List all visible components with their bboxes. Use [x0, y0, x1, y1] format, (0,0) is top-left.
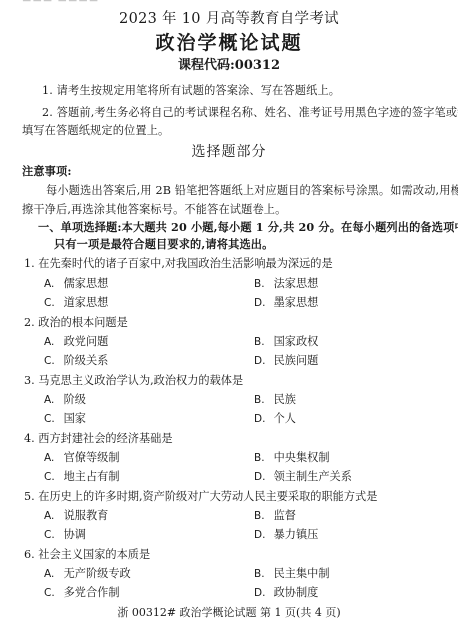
option-text: 地主占有制	[64, 470, 120, 483]
question-stem: 在先秦时代的诸子百家中,对我国政治生活影响最为深远的是	[38, 257, 332, 270]
cropped-header-text: ▬▬▬ ▬▬▬▬	[22, 0, 122, 3]
question-5-option-a: A. 说服教育	[44, 507, 108, 523]
question-4: 4. 西方封建社会的经济基础是	[24, 430, 173, 446]
option-text: 暴力镇压	[274, 528, 319, 541]
question-stem: 西方封建社会的经济基础是	[38, 432, 172, 445]
instruction-2-cont: 填写在答题纸规定的位置上。	[22, 122, 169, 138]
option-letter: B.	[254, 510, 270, 522]
question-5-option-c: C. 协调	[44, 526, 86, 542]
option-letter: B.	[254, 568, 270, 580]
question-2: 2. 政治的根本问题是	[24, 314, 128, 330]
notes-line-2: 擦干净后,再选涂其他答案标号。不能答在试题卷上。	[22, 201, 286, 217]
option-letter: C.	[44, 529, 60, 541]
option-text: 儒家思想	[64, 277, 109, 290]
option-text: 民主集中制	[274, 567, 330, 580]
question-3-option-b: B. 民族	[254, 391, 296, 407]
option-text: 政协制度	[274, 586, 319, 599]
question-number: 6.	[24, 548, 35, 561]
option-letter: D.	[254, 355, 270, 367]
option-text: 多党合作制	[64, 586, 120, 599]
question-stem: 在历史上的许多时期,资产阶级对广大劳动人民主要采取的职能方式是	[38, 490, 377, 503]
question-6-option-b: B. 民主集中制	[254, 565, 330, 581]
option-letter: A.	[44, 452, 60, 464]
instruction-1: 1. 请考生按规定用笔将所有试题的答案涂、写在答题纸上。	[42, 82, 340, 98]
question-2-option-a: A. 政党问题	[44, 333, 108, 349]
question-5-option-d: D. 暴力镇压	[254, 526, 318, 542]
option-letter: C.	[44, 297, 60, 309]
question-2-option-b: B. 国家政权	[254, 333, 318, 349]
course-code: 课程代码:00312	[0, 54, 458, 73]
option-letter: D.	[254, 587, 270, 599]
option-letter: D.	[254, 529, 270, 541]
notes-label: 注意事项:	[22, 163, 72, 179]
option-text: 说服教育	[64, 509, 109, 522]
question-6: 6. 社会主义国家的本质是	[24, 546, 150, 562]
question-number: 3.	[24, 374, 35, 387]
question-6-option-c: C. 多党合作制	[44, 584, 120, 600]
page-footer: 浙 00312# 政治学概论试题 第 1 页(共 4 页)	[0, 604, 458, 620]
question-2-option-c: C. 阶级关系	[44, 352, 108, 368]
option-letter: C.	[44, 355, 60, 367]
question-3: 3. 马克思主义政治学认为,政治权力的载体是	[24, 372, 243, 388]
option-letter: B.	[254, 394, 270, 406]
question-number: 5.	[24, 490, 35, 503]
option-text: 中央集权制	[274, 451, 330, 464]
question-number: 2.	[24, 316, 35, 329]
option-letter: A.	[44, 568, 60, 580]
question-4-option-a: A. 官僚等级制	[44, 449, 120, 465]
option-text: 官僚等级制	[64, 451, 120, 464]
question-4-option-b: B. 中央集权制	[254, 449, 330, 465]
question-1-option-b: B. 法家思想	[254, 275, 318, 291]
question-number: 1.	[24, 257, 35, 270]
option-text: 政党问题	[64, 335, 109, 348]
option-letter: A.	[44, 510, 60, 522]
option-letter: A.	[44, 336, 60, 348]
option-letter: C.	[44, 413, 60, 425]
question-1-option-c: C. 道家思想	[44, 294, 108, 310]
option-text: 监督	[274, 509, 296, 522]
question-3-option-c: C. 国家	[44, 410, 86, 426]
question-number: 4.	[24, 432, 35, 445]
paper-title: 政治学概论试题	[0, 28, 458, 55]
option-text: 阶级	[64, 393, 86, 406]
part-heading-line-1: 一、单项选择题:本大题共 20 小题,每小题 1 分,共 20 分。在每小题列出…	[38, 219, 458, 235]
option-letter: D.	[254, 471, 270, 483]
option-text: 道家思想	[64, 296, 109, 309]
question-5-option-b: B. 监督	[254, 507, 296, 523]
option-text: 个人	[274, 412, 296, 425]
part-heading-line-2: 只有一项是最符合题目要求的,请将其选出。	[54, 236, 273, 252]
question-5: 5. 在历史上的许多时期,资产阶级对广大劳动人民主要采取的职能方式是	[24, 488, 377, 504]
question-6-option-d: D. 政协制度	[254, 584, 318, 600]
option-letter: A.	[44, 278, 60, 290]
question-stem: 政治的根本问题是	[38, 316, 128, 329]
option-letter: B.	[254, 452, 270, 464]
question-3-option-a: A. 阶级	[44, 391, 86, 407]
option-letter: B.	[254, 278, 270, 290]
question-stem: 马克思主义政治学认为,政治权力的载体是	[38, 374, 243, 387]
question-3-option-d: D. 个人	[254, 410, 296, 426]
option-text: 无产阶级专政	[64, 567, 131, 580]
option-text: 阶级关系	[64, 354, 109, 367]
notes-line-1: 每小题选出答案后,用 2B 铅笔把答题纸上对应题目的答案标号涂黑。如需改动,用橡…	[46, 182, 458, 198]
option-letter: A.	[44, 394, 60, 406]
option-text: 法家思想	[274, 277, 319, 290]
option-text: 协调	[64, 528, 86, 541]
option-text: 国家	[64, 412, 86, 425]
option-text: 墨家思想	[274, 296, 319, 309]
question-4-option-c: C. 地主占有制	[44, 468, 120, 484]
section-title: 选择题部分	[0, 141, 458, 161]
option-letter: D.	[254, 413, 270, 425]
option-text: 国家政权	[274, 335, 319, 348]
option-letter: C.	[44, 587, 60, 599]
instruction-2: 2. 答题前,考生务必将自己的考试课程名称、姓名、准考证号用黑色字迹的签字笔或钢…	[42, 104, 458, 120]
option-text: 民族	[274, 393, 296, 406]
option-letter: C.	[44, 471, 60, 483]
question-6-option-a: A. 无产阶级专政	[44, 565, 131, 581]
option-letter: B.	[254, 336, 270, 348]
question-1: 1. 在先秦时代的诸子百家中,对我国政治生活影响最为深远的是	[24, 255, 333, 271]
question-stem: 社会主义国家的本质是	[38, 548, 150, 561]
question-1-option-a: A. 儒家思想	[44, 275, 108, 291]
question-1-option-d: D. 墨家思想	[254, 294, 318, 310]
option-text: 领主制生产关系	[274, 470, 352, 483]
exam-heading: 2023 年 10 月高等教育自学考试	[0, 7, 458, 28]
option-text: 民族问题	[274, 354, 319, 367]
option-letter: D.	[254, 297, 270, 309]
question-2-option-d: D. 民族问题	[254, 352, 318, 368]
question-4-option-d: D. 领主制生产关系	[254, 468, 352, 484]
